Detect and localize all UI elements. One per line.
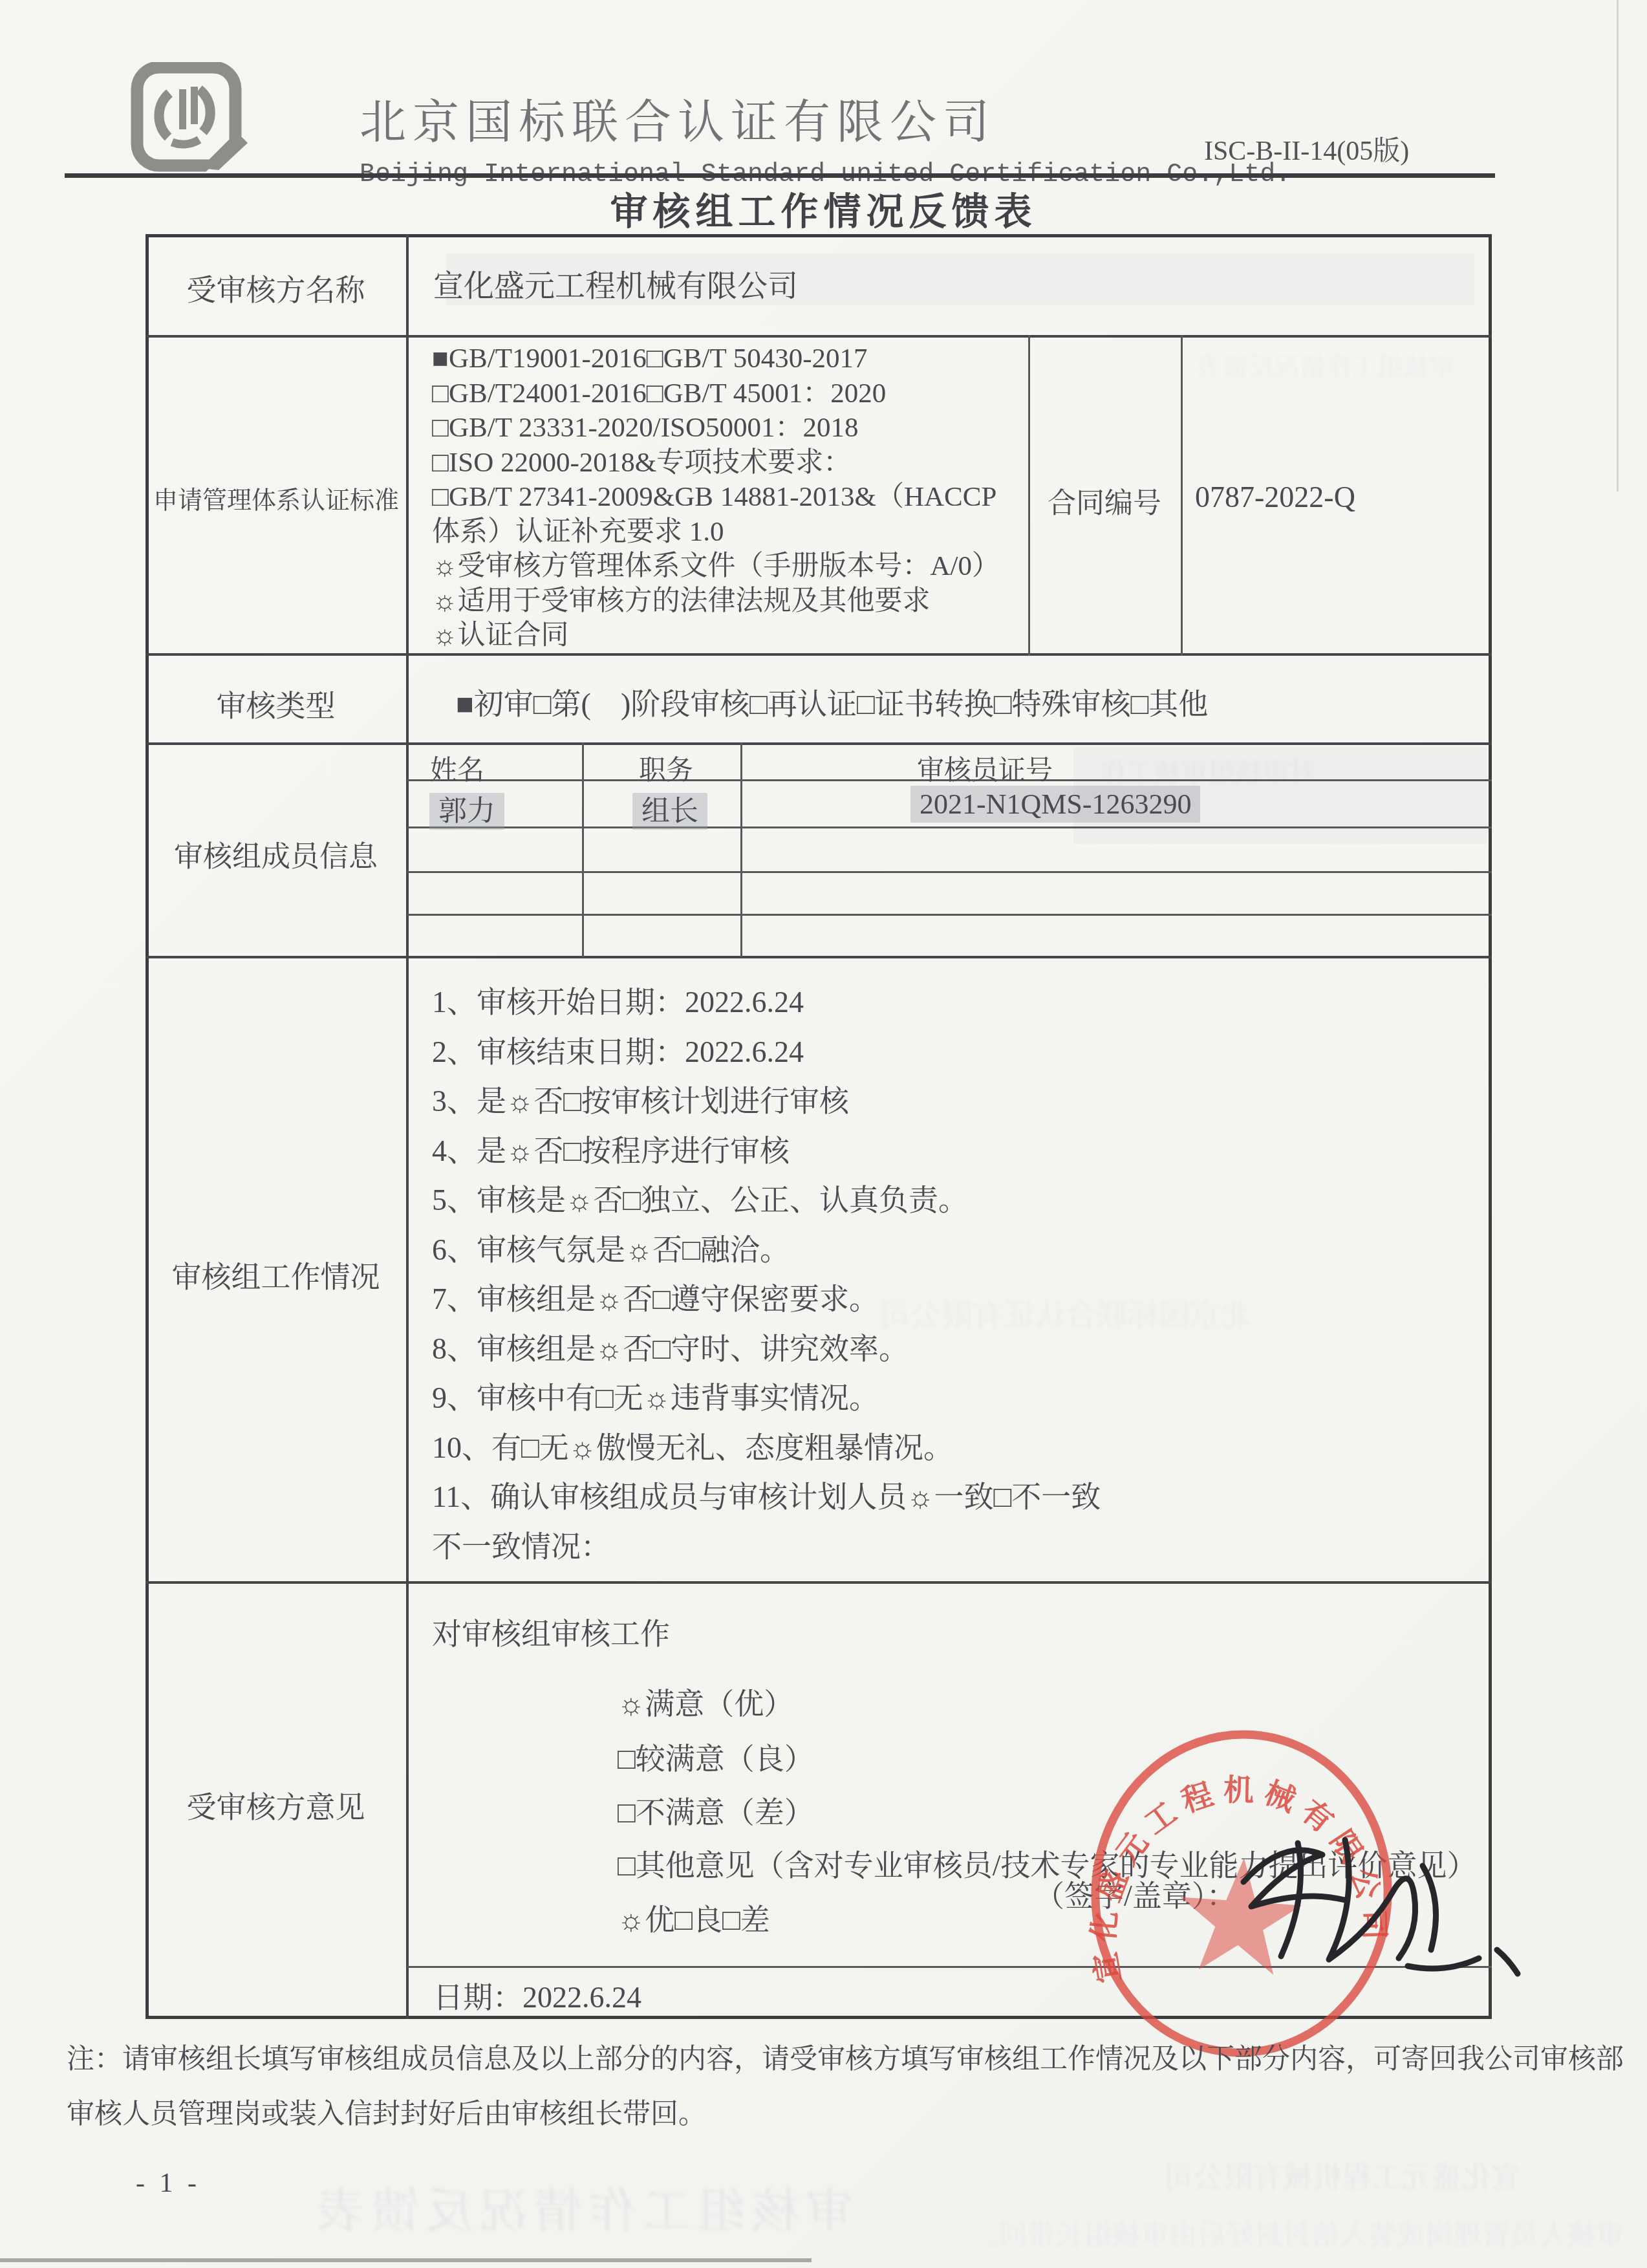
- member-col-duty: 职务: [639, 749, 693, 788]
- work-item: 6、审核气氛是☼否□融洽。: [432, 1226, 1101, 1275]
- footer-note-line1: 注：请审核组长填写审核组成员信息及以上部分的内容，请受审核方填写审核组工作情况及…: [67, 2037, 1573, 2077]
- standard-line: □GB/T 27341-2009&GB 14881-2013&（HACCP: [432, 480, 1000, 515]
- standard-line: 体系）认证补充要求 1.0: [432, 515, 1000, 550]
- standard-line: ■GB/T19001-2016□GB/T 50430-2017: [432, 341, 1000, 376]
- member-cert: 2021-N1QMS-1263290: [910, 788, 1200, 821]
- contract-number-value: 0787-2022-Q: [1195, 480, 1355, 514]
- standards-checklist: ■GB/T19001-2016□GB/T 50430-2017 □GB/T240…: [432, 341, 1000, 653]
- row-label-standards: 申请管理体系认证标准: [147, 480, 405, 515]
- work-item: 2、审核结束日期：2022.6.24: [432, 1028, 1101, 1077]
- work-item: 3、是☼否□按审核计划进行审核: [432, 1077, 1101, 1127]
- work-item: 10、有□无☼傲慢无礼、态度粗暴情况。: [432, 1423, 1101, 1473]
- standard-line: □GB/T24001-2016□GB/T 45001：2020: [432, 376, 1000, 411]
- opinion-option-satisfied: ☼满意（优）: [618, 1680, 793, 1723]
- table-line: [740, 742, 742, 957]
- table-line: [145, 335, 1492, 338]
- work-item: 9、审核中有□无☼违背事实情况。: [432, 1374, 1101, 1423]
- handwritten-signature: [1225, 1804, 1549, 1992]
- opinion-option-fairly-satisfied: □较满意（良）: [618, 1735, 814, 1778]
- work-item: 11、确认审核组成员与审核计划人员☼一致□不一致: [432, 1473, 1101, 1522]
- form-code: ISC-B-II-14(05版): [1204, 129, 1409, 168]
- opinion-heading: 对审核组审核工作: [432, 1610, 670, 1653]
- footer-note-line2: 审核人员管理岗或装入信封封好后由审核组长带回。: [67, 2092, 1573, 2132]
- row-label-team-members: 审核组成员信息: [145, 833, 406, 875]
- member-name: 郭力: [429, 788, 504, 829]
- table-line: [1181, 335, 1183, 656]
- member-duty-value: 组长: [632, 793, 707, 830]
- header-company-name-cn: 北京国标联合认证有限公司: [360, 84, 996, 151]
- row-label-audit-type: 审核类型: [145, 682, 406, 725]
- work-item: 1、审核开始日期：2022.6.24: [432, 978, 1101, 1028]
- page-title: 审核组工作情况反馈表: [0, 181, 1647, 235]
- work-item: 7、审核组是☼否□遵守保密要求。: [432, 1275, 1101, 1324]
- member-col-cert: 审核员证号: [917, 749, 1053, 788]
- auditee-name-value: 宣化盛元工程机械有限公司: [433, 262, 798, 305]
- ghost-bleed-text: 宣化盛元工程机械有限公司: [1164, 2154, 1521, 2196]
- table-line: [407, 914, 1492, 916]
- ghost-bleed-text: 审核组工作情况反馈表: [310, 2173, 854, 2241]
- opinion-option-unsatisfied: □不满意（差）: [618, 1789, 814, 1831]
- audit-type-value: ■初审□第( )阶段审核□再认证□证书转换□特殊审核□其他: [456, 680, 1208, 723]
- certification-logo-icon: [129, 62, 255, 175]
- table-line: [145, 956, 1492, 958]
- table-line: [407, 826, 1492, 828]
- row-label-auditee-opinion: 受审核方意见: [145, 1784, 406, 1826]
- table-line: [145, 742, 1492, 745]
- table-line: [406, 234, 409, 2019]
- work-item: 8、审核组是☼否□守时、讲究效率。: [432, 1324, 1101, 1374]
- work-situation-list: 1、审核开始日期：2022.6.24 2、审核结束日期：2022.6.24 3、…: [432, 978, 1101, 1571]
- header-rule: [65, 173, 1495, 178]
- work-item-inconsistency: 不一致情况：: [432, 1522, 1101, 1572]
- standard-line: □ISO 22000-2018&专项技术要求：: [432, 446, 1000, 481]
- row-label-auditee-name: 受审核方名称: [145, 266, 406, 309]
- member-col-name: 姓名: [430, 749, 484, 788]
- scan-edge-line: [1617, 0, 1619, 491]
- member-cert-value: 2021-N1QMS-1263290: [910, 786, 1200, 823]
- opinion-option-grade: ☼优□良□差: [618, 1896, 770, 1939]
- standard-line: ☼受审核方管理体系文件（手册版本号：A/0）: [432, 549, 1000, 584]
- standard-line: □GB/T 23331-2020/ISO50001：2018: [432, 411, 1000, 446]
- ghost-bleed-text: 审核人员管理岗或装入信封封好后由审核组长带回。: [970, 2212, 1624, 2253]
- member-name-value: 郭力: [429, 793, 504, 830]
- table-line: [145, 1581, 1492, 1584]
- date-line: 日期：2022.6.24: [433, 1974, 641, 2016]
- table-line: [407, 871, 1492, 873]
- scan-edge-shadow: [0, 2258, 812, 2262]
- member-duty: 组长: [632, 788, 707, 829]
- page-number: - 1 -: [136, 2168, 200, 2199]
- contract-number-label: 合同编号: [1028, 480, 1181, 521]
- standard-line: ☼适用于受审核方的法律法规及其他要求: [432, 584, 1000, 619]
- scanned-form-page: 北京国标联合认证有限公司 Beijing International Stand…: [0, 0, 1647, 2268]
- standard-line: ☼认证合同: [432, 618, 1000, 653]
- row-label-work-situation: 审核组工作情况: [145, 1253, 406, 1296]
- work-item: 4、是☼否□按程序进行审核: [432, 1127, 1101, 1176]
- table-line: [145, 653, 1492, 656]
- table-line: [582, 742, 584, 957]
- work-item: 5、审核是☼否□独立、公正、认真负责。: [432, 1176, 1101, 1226]
